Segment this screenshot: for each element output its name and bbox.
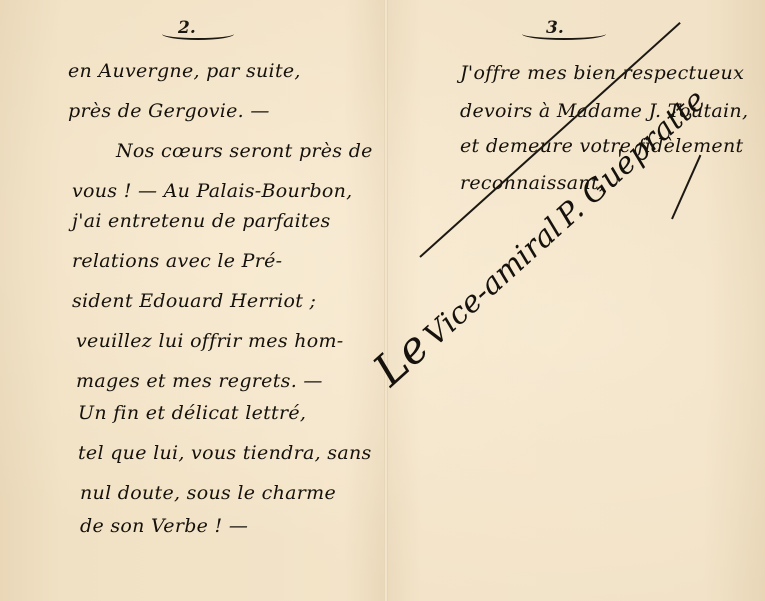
letter-line: mages et mes regrets. — <box>76 370 323 392</box>
letter-line: près de Gergovie. — <box>68 100 270 122</box>
letter-line: veuillez lui offrir mes hom- <box>76 330 344 352</box>
letter-sheet: 2. en Auvergne, par suite, près de Gergo… <box>0 0 765 601</box>
letter-line: sident Edouard Herriot ; <box>72 290 316 312</box>
letter-line: en Auvergne, par suite, <box>68 60 301 82</box>
left-page: 2. en Auvergne, par suite, près de Gergo… <box>0 0 384 601</box>
letter-line: de son Verbe ! — <box>80 515 248 537</box>
letter-line: nul doute, sous le charme <box>80 482 336 504</box>
letter-line: tel que lui, vous tiendra, sans <box>78 442 372 464</box>
letter-line: vous ! — Au Palais-Bourbon, <box>72 180 353 202</box>
letter-line: j'ai entretenu de parfaites <box>72 210 331 232</box>
page-number-underline <box>162 28 234 40</box>
letter-line: relations avec le Pré- <box>72 250 282 272</box>
letter-line: J'offre mes bien respectueux <box>460 62 744 84</box>
page-number-underline <box>522 28 606 40</box>
letter-line: Nos cœurs seront près de <box>116 140 373 162</box>
letter-line: Un fin et délicat lettré, <box>78 402 306 424</box>
